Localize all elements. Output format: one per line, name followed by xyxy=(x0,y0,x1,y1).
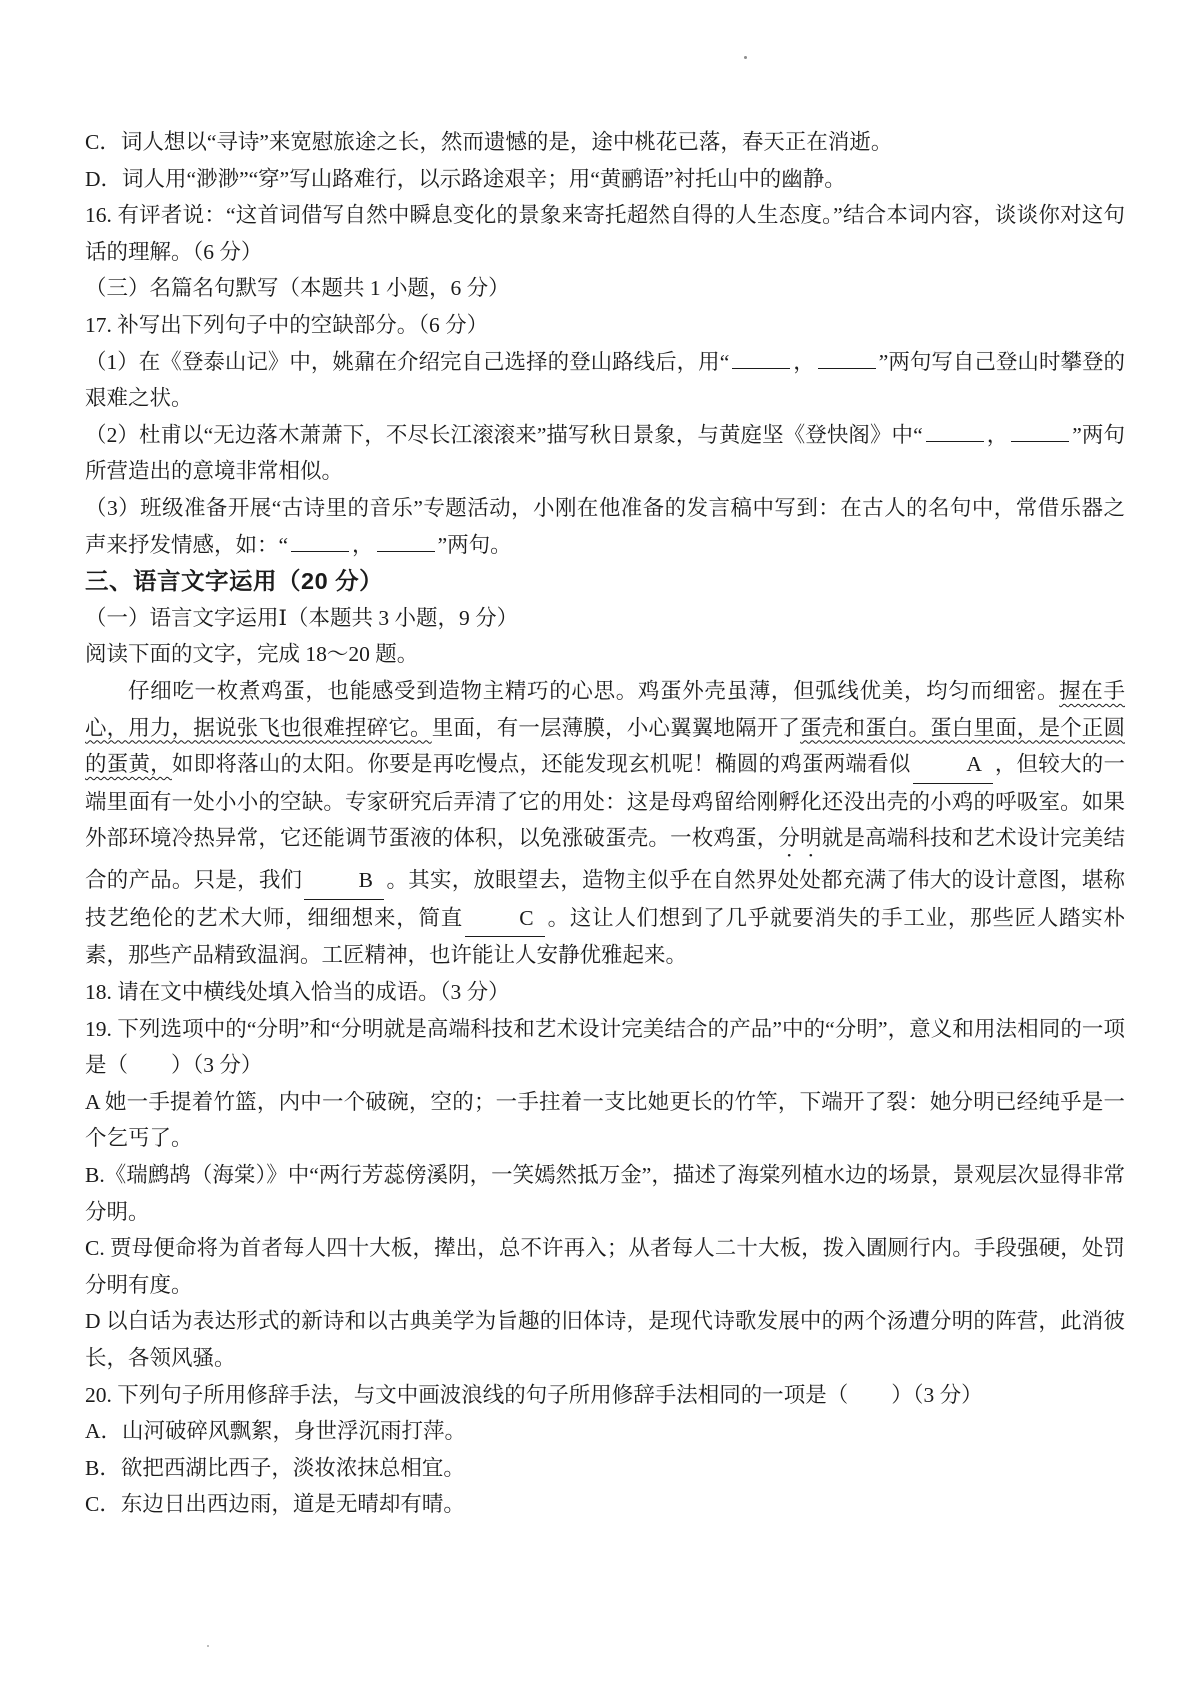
text-segment: 18. 请在文中横线处填入恰当的成语。（3 分） xyxy=(85,980,510,1004)
text-segment: A．山河破碎风飘絮，身世浮沉雨打萍。 xyxy=(85,1419,466,1443)
text-segment: C. 贾母便命将为首者每人四十大板，撵出，总不许再入；从者每人二十大板，拨入圊厕… xyxy=(85,1236,1125,1297)
scan-speck xyxy=(744,56,747,59)
text-segment: ， xyxy=(352,533,374,557)
text-segment: C．词人想以“寻诗”来宽慰旅途之长，然而遗憾的是，途中桃花已落，春天正在消逝。 xyxy=(85,130,892,154)
answer-blank xyxy=(926,419,984,442)
question-19-option-a: A 她一手提着竹篮，内中一个破碗，空的；一手拄着一支比她更长的竹竿，下端开了裂：… xyxy=(85,1084,1125,1157)
text-segment: ， xyxy=(793,350,815,374)
text-segment: 17. 补写出下列句子中的空缺部分。（6 分） xyxy=(85,313,488,337)
answer-blank xyxy=(291,529,349,552)
question-20: 20. 下列句子所用修辞手法，与文中画波浪线的句子所用修辞手法相同的一项是（ ）… xyxy=(85,1377,1125,1414)
answer-blank-letter: A xyxy=(913,746,993,784)
emphasis-dotted-text: 分明 xyxy=(778,826,821,850)
answer-blank-letter: C xyxy=(465,900,545,938)
text-segment: （3）班级准备开展“古诗里的音乐”专题活动，小刚在他准备的发言稿中写到：在古人的… xyxy=(85,496,1125,557)
question-17-item-1: （1）在《登泰山记》中，姚鼐在介绍完自己选择的登山路线后，用“，”两句写自己登山… xyxy=(85,344,1125,417)
question-20-option-c: C．东边日出西边雨，道是无晴却有晴。 xyxy=(85,1486,1125,1523)
question-17-item-3: （3）班级准备开展“古诗里的音乐”专题活动，小刚在他准备的发言稿中写到：在古人的… xyxy=(85,490,1125,563)
question-19: 19. 下列选项中的“分明”和“分明就是高端科技和艺术设计完美结合的产品”中的“… xyxy=(85,1011,1125,1084)
question-19-option-d: D 以白话为表达形式的新诗和以古典美学为旨趣的旧体诗，是现代诗歌发展中的两个汤遭… xyxy=(85,1303,1125,1376)
text-segment: （1）在《登泰山记》中，姚鼐在介绍完自己选择的登山路线后，用“ xyxy=(85,350,729,374)
answer-blank xyxy=(818,346,876,369)
question-19-option-c: C. 贾母便命将为首者每人四十大板，撵出，总不许再入；从者每人二十大板，拨入圊厕… xyxy=(85,1230,1125,1303)
question-20-option-a: A．山河破碎风飘絮，身世浮沉雨打萍。 xyxy=(85,1413,1125,1450)
question-16: 16. 有评者说：“这首词借写自然中瞬息变化的景象来寄托超然自得的人生态度。”结… xyxy=(85,197,1125,270)
reading-instruction: 阅读下面的文字，完成 18～20 题。 xyxy=(85,636,1125,673)
reading-passage: 仔细吃一枚煮鸡蛋，也能感受到造物主精巧的心思。鸡蛋外壳虽薄，但弧线优美，均匀而细… xyxy=(85,673,1125,974)
exam-page: C．词人想以“寻诗”来宽慰旅途之长，然而遗憾的是，途中桃花已落，春天正在消逝。D… xyxy=(0,0,1200,1698)
scan-speck xyxy=(207,1645,209,1647)
answer-blank-letter: B xyxy=(304,862,384,900)
answer-blank xyxy=(732,346,790,369)
text-segment: A 她一手提着竹篮，内中一个破碗，空的；一手拄着一支比她更长的竹竿，下端开了裂：… xyxy=(85,1090,1125,1151)
text-segment: 仔细吃一枚煮鸡蛋，也能感受到造物主精巧的心思。鸡蛋外壳虽薄，但弧线优美，均匀而细… xyxy=(128,679,1059,703)
text-segment: ”两句。 xyxy=(438,533,512,557)
text-segment: D．词人用“渺渺”“穿”写山路难行，以示路途艰辛；用“黄鹂语”衬托山中的幽静。 xyxy=(85,167,846,191)
text-segment: D 以白话为表达形式的新诗和以古典美学为旨趣的旧体诗，是现代诗歌发展中的两个汤遭… xyxy=(85,1309,1125,1370)
text-segment: （三）名篇名句默写（本题共 1 小题，6 分） xyxy=(85,276,510,300)
text-segment: 里面，有一层薄膜，小心翼翼地隔开了 xyxy=(432,716,800,740)
answer-blank xyxy=(1011,419,1069,442)
text-segment: C．东边日出西边雨，道是无晴却有晴。 xyxy=(85,1492,465,1516)
part-3-heading: 三、语言文字运用（20 分） xyxy=(85,563,1125,600)
text-segment: （2）杜甫以“无边落木萧萧下，不尽长江滚滚来”描写秋日景象，与黄庭坚《登快阁》中… xyxy=(85,423,923,447)
text-segment: B.《瑞鹧鸪（海棠）》中“两行芳蕊傍溪阴，一笑嫣然抵万金”，描述了海棠列植水边的… xyxy=(85,1163,1125,1224)
text-segment: 19. 下列选项中的“分明”和“分明就是高端科技和艺术设计完美结合的产品”中的“… xyxy=(85,1017,1125,1078)
text-segment: B．欲把西湖比西子，淡妆浓抹总相宜。 xyxy=(85,1456,465,1480)
text-segment: 20. 下列句子所用修辞手法，与文中画波浪线的句子所用修辞手法相同的一项是（ ）… xyxy=(85,1383,983,1407)
question-18: 18. 请在文中横线处填入恰当的成语。（3 分） xyxy=(85,974,1125,1011)
option-15-d: D．词人用“渺渺”“穿”写山路难行，以示路途艰辛；用“黄鹂语”衬托山中的幽静。 xyxy=(85,161,1125,198)
text-segment: ， xyxy=(987,423,1009,447)
text-segment: 三、语言文字运用（20 分） xyxy=(85,568,383,594)
question-20-option-b: B．欲把西湖比西子，淡妆浓抹总相宜。 xyxy=(85,1450,1125,1487)
answer-blank xyxy=(377,529,435,552)
section-heading-mingju-moxie: （三）名篇名句默写（本题共 1 小题，6 分） xyxy=(85,270,1125,307)
question-17: 17. 补写出下列句子中的空缺部分。（6 分） xyxy=(85,307,1125,344)
document-body: C．词人想以“寻诗”来宽慰旅途之长，然而遗憾的是，途中桃花已落，春天正在消逝。D… xyxy=(85,124,1125,1523)
text-segment: 16. 有评者说：“这首词借写自然中瞬息变化的景象来寄托超然自得的人生态度。”结… xyxy=(85,203,1125,264)
question-17-item-2: （2）杜甫以“无边落木萧萧下，不尽长江滚滚来”描写秋日景象，与黄庭坚《登快阁》中… xyxy=(85,417,1125,490)
text-segment: （一）语言文字运用Ⅰ（本题共 3 小题，9 分） xyxy=(85,606,518,630)
option-15-c: C．词人想以“寻诗”来宽慰旅途之长，然而遗憾的是，途中桃花已落，春天正在消逝。 xyxy=(85,124,1125,161)
text-segment: 阅读下面的文字，完成 18～20 题。 xyxy=(85,642,418,666)
part-3-sub-heading: （一）语言文字运用Ⅰ（本题共 3 小题，9 分） xyxy=(85,600,1125,637)
question-19-option-b: B.《瑞鹧鸪（海棠）》中“两行芳蕊傍溪阴，一笑嫣然抵万金”，描述了海棠列植水边的… xyxy=(85,1157,1125,1230)
text-segment: 如即将落山的太阳。你要是再吃慢点，还能发现玄机呢！椭圆的鸡蛋两端看似 xyxy=(172,752,911,776)
